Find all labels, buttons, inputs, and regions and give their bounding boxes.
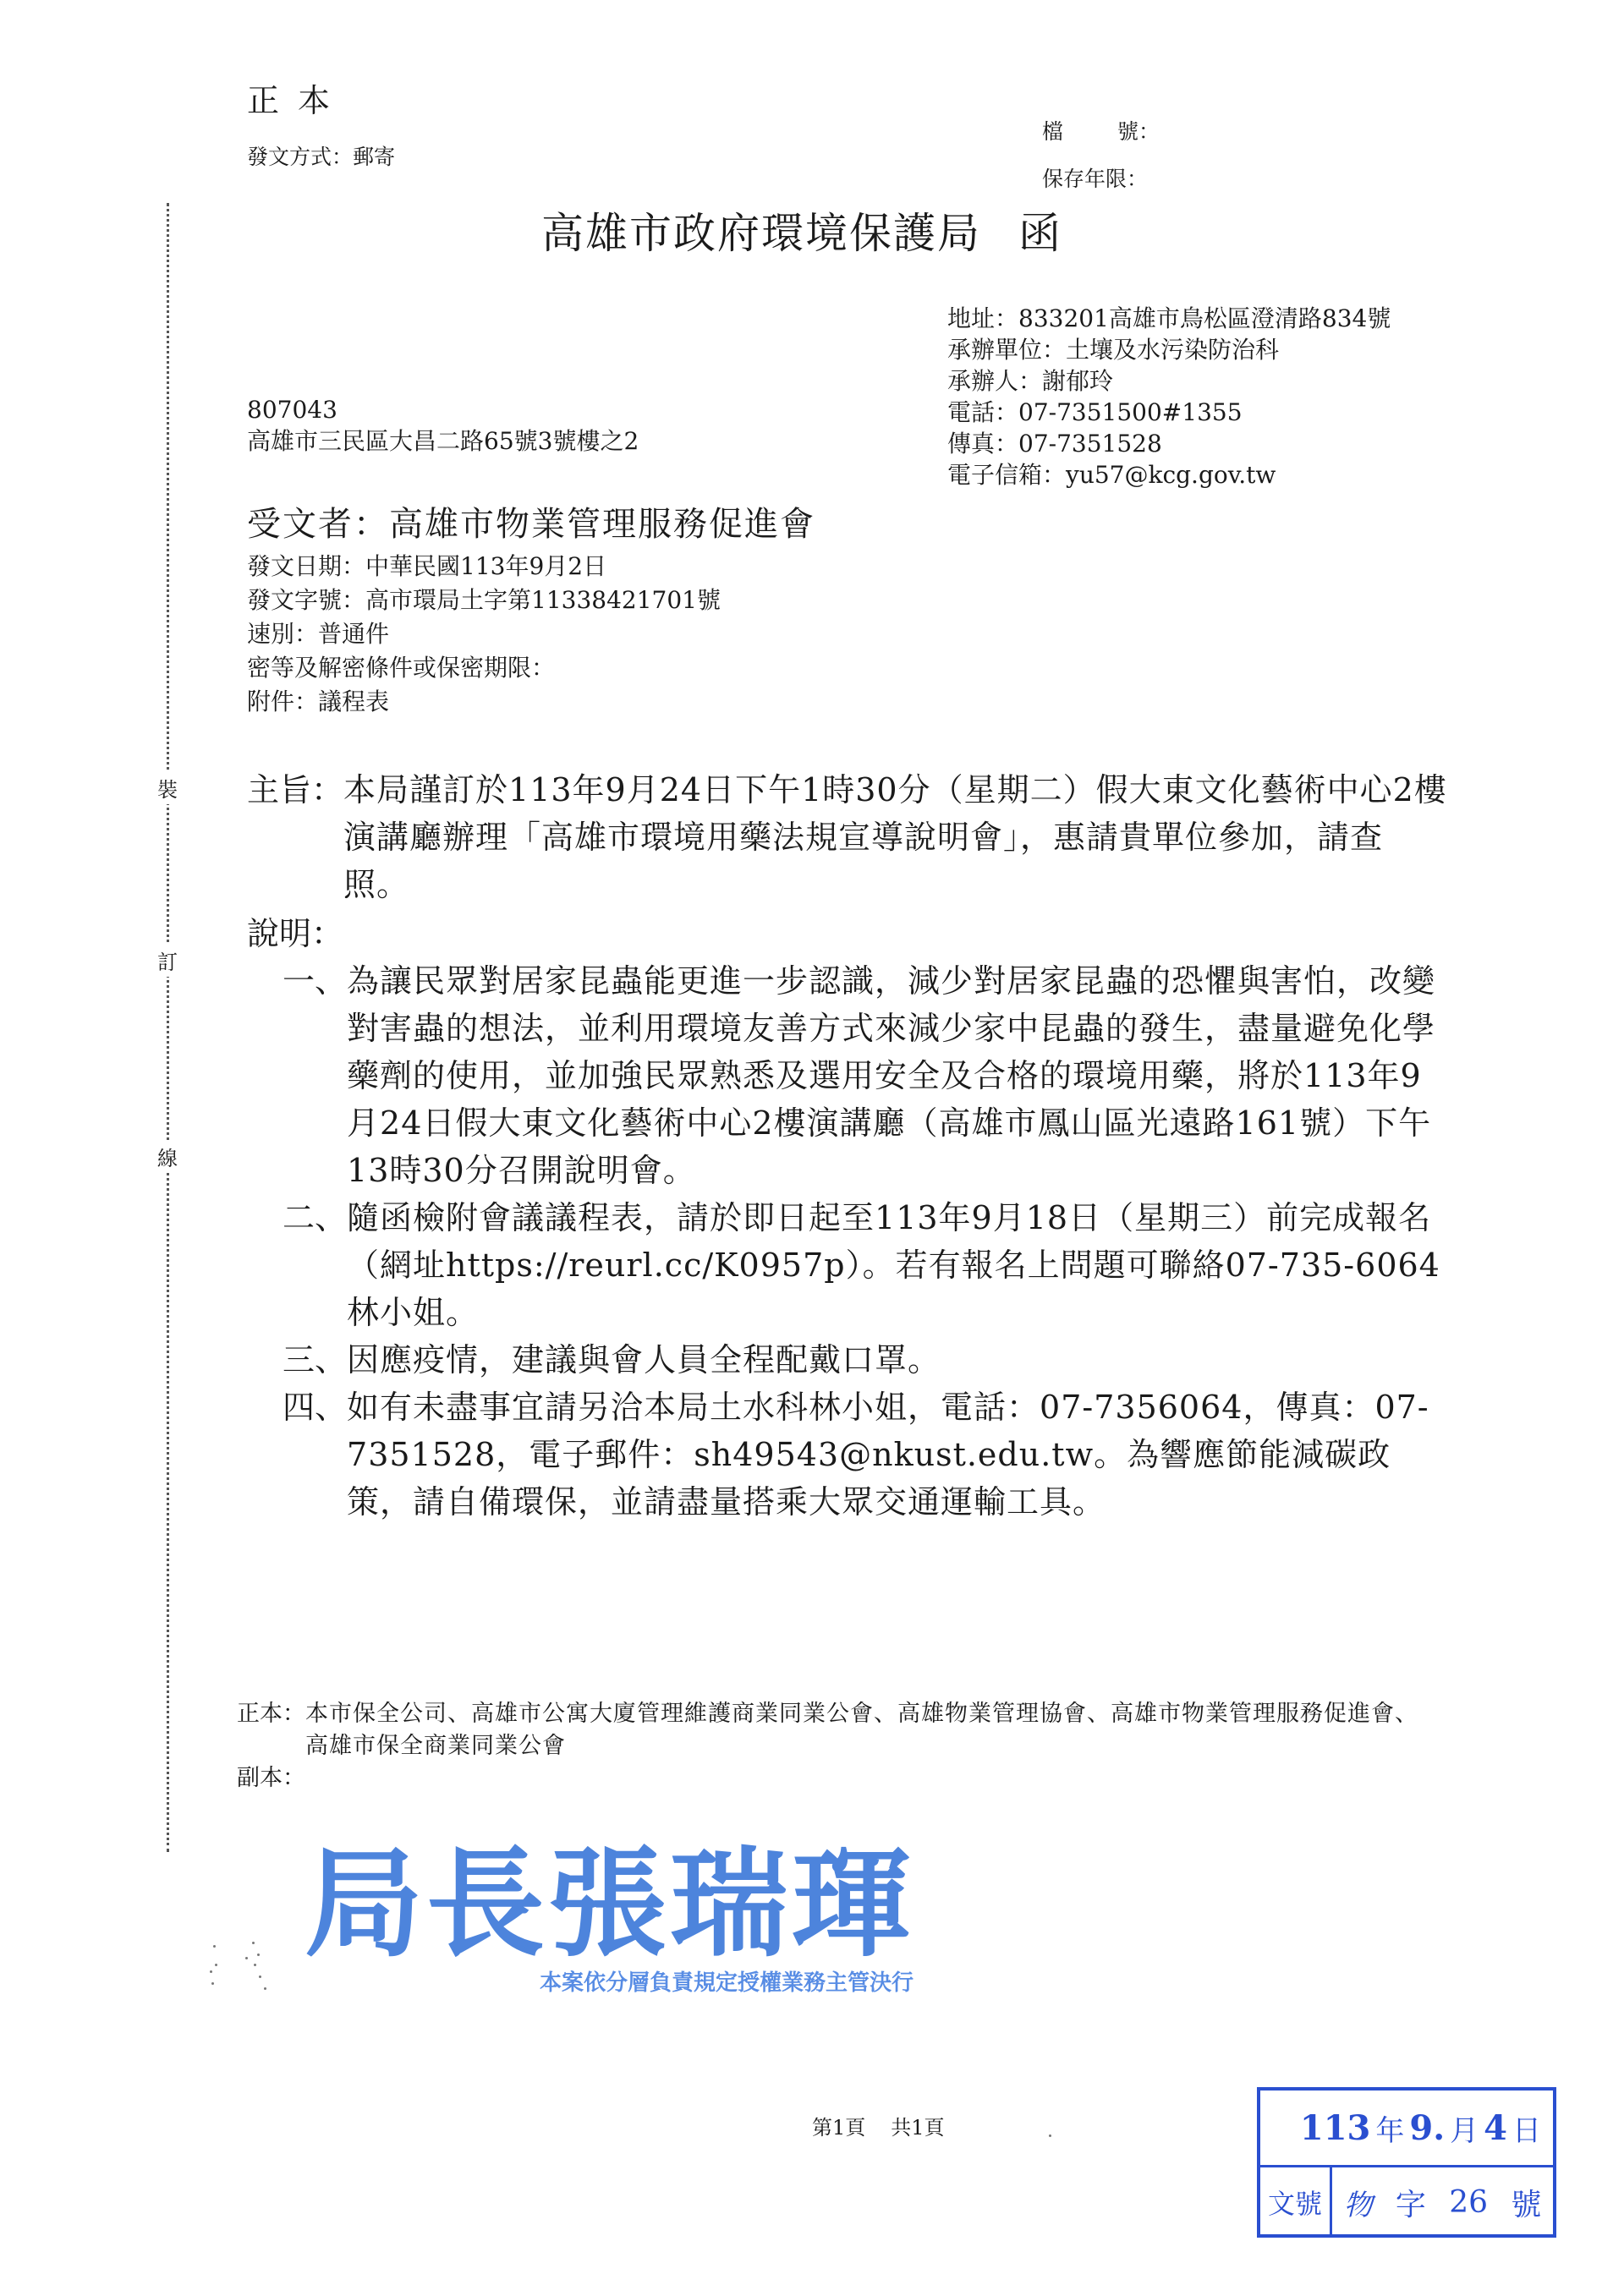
receipt-day: 4 <box>1484 2108 1507 2148</box>
director-title-name: 局長張瑞琿 <box>304 1842 913 1969</box>
binding-char-xian: 線 <box>157 1140 178 1173</box>
receipt-number-unit: 號 <box>1511 2181 1541 2224</box>
current-page: 第1頁 <box>812 2116 865 2140</box>
item-number: 三、 <box>283 1336 347 1384</box>
original-list: 本市保全公司、高雄市公寓大廈管理維護商業同業公會、高雄物業管理協會、高雄市物業管… <box>305 1698 1438 1762</box>
explanation-item: 一、 為讓民眾對居家昆蟲能更進一步認識，減少對居家昆蟲的恐懼與害怕，改變對害蟲的… <box>247 957 1448 1194</box>
sender-contact-block: 地址：833201高雄市鳥松區澄清路834號 承辦單位：土壤及水污染防治科 承辦… <box>947 303 1391 490</box>
page-number: 第1頁共1頁 <box>812 2111 945 2140</box>
receipt-month: 9. <box>1409 2108 1445 2148</box>
receipt-day-unit: 日 <box>1512 2107 1541 2149</box>
receipt-doc-no-label: 文號 <box>1260 2167 1332 2237</box>
receipt-month-unit: 月 <box>1450 2107 1479 2149</box>
recipient-mailing-address: 807043 高雄市三民區大昌二路65號3號樓之2 <box>247 394 639 457</box>
explanation-item: 三、 因應疫情，建議與會人員全程配戴口罩。 <box>247 1336 1448 1384</box>
document-title: 高雄市政府環境保護局函 <box>541 200 1062 260</box>
handler-phone: 電話：07-7351500#1355 <box>947 397 1391 428</box>
document-meta: 發文日期：中華民國113年9月2日 發文字號：高市環局土字第1133842170… <box>247 550 721 719</box>
urgency: 速別：普通件 <box>247 617 721 651</box>
item-text: 隨函檢附會議議程表，請於即日起至113年9月18日（星期三）前完成報名（網址ht… <box>347 1194 1448 1336</box>
handler-fax: 傳真：07-7351528 <box>947 428 1391 459</box>
subject-section: 主旨： 本局謹訂於113年9月24日下午1時30分（星期二）假大東文化藝術中心2… <box>247 766 1448 908</box>
original-recipients: 正本： 本市保全公司、高雄市公寓大廈管理維護商業同業公會、高雄物業管理協會、高雄… <box>237 1698 1438 1762</box>
handling-unit: 承辦單位：土壤及水污染防治科 <box>947 334 1391 365</box>
recipient-postal-code: 807043 <box>247 394 639 425</box>
item-number: 四、 <box>283 1384 347 1526</box>
director-seal-stamp: 局長張瑞琿 本案依分層負責規定授權業務主管決行 <box>304 1842 913 1997</box>
document-kind: 函 <box>1018 209 1062 258</box>
receipt-date-stamp: 113年 9.月 4日 文號 物 字 26 號 <box>1257 2087 1556 2238</box>
copy-list <box>305 1762 1438 1795</box>
receipt-year-unit: 年 <box>1375 2107 1404 2149</box>
delegation-note: 本案依分層負責規定授權業務主管決行 <box>540 1965 913 1997</box>
explanation-label: 說明： <box>247 910 1448 957</box>
copy-type-label: 正本 <box>247 74 348 121</box>
retention-period-field: 保存年限： <box>1042 162 1148 193</box>
receipt-number: 26 <box>1449 2185 1488 2220</box>
copy-recipients: 副本： <box>237 1762 1438 1795</box>
recipient-street-address: 高雄市三民區大昌二路65號3號樓之2 <box>247 425 639 457</box>
item-text: 如有未盡事宜請另洽本局土水科林小姐，電話：07-7356064，傳真：07-73… <box>347 1384 1448 1526</box>
total-pages: 共1頁 <box>891 2116 944 2140</box>
item-number: 一、 <box>283 957 347 1194</box>
attachment: 附件：議程表 <box>247 685 721 719</box>
receipt-date-row: 113年 9.月 4日 <box>1260 2091 1553 2167</box>
explanation-item: 二、 隨函檢附會議議程表，請於即日起至113年9月18日（星期三）前完成報名（網… <box>247 1194 1448 1336</box>
file-number-label-b: 號： <box>1117 119 1160 144</box>
distribution-list: 正本： 本市保全公司、高雄市公寓大廈管理維護商業同業公會、高雄物業管理協會、高雄… <box>237 1698 1438 1795</box>
recipient: 受文者：高雄市物業管理服務促進會 <box>247 497 815 545</box>
send-method: 發文方式：郵寄 <box>247 140 395 171</box>
item-text: 因應疫情，建議與會人員全程配戴口罩。 <box>347 1336 1448 1384</box>
item-text: 為讓民眾對居家昆蟲能更進一步認識，減少對居家昆蟲的恐懼與害怕，改變對害蟲的想法，… <box>347 957 1448 1194</box>
receipt-number-row: 文號 物 字 26 號 <box>1260 2167 1553 2237</box>
subject-label: 主旨： <box>247 766 343 908</box>
copy-label: 副本： <box>237 1762 305 1795</box>
subject-text: 本局謹訂於113年9月24日下午1時30分（星期二）假大東文化藝術中心2樓演講廳… <box>343 766 1448 908</box>
receipt-doc-no-value: 物 字 26 號 <box>1332 2167 1553 2237</box>
binding-dotted-line <box>167 203 169 1852</box>
item-number: 二、 <box>283 1194 347 1336</box>
binding-char-ding: 訂 <box>157 944 178 977</box>
confidentiality: 密等及解密條件或保密期限： <box>247 651 721 685</box>
document-body: 主旨： 本局謹訂於113年9月24日下午1時30分（星期二）假大東文化藝術中心2… <box>247 766 1448 1526</box>
handler-name: 承辦人：謝郁玲 <box>947 365 1391 397</box>
binding-char-zhuang: 裝 <box>157 771 178 804</box>
receipt-char-unit: 字 <box>1396 2181 1426 2224</box>
issue-date: 發文日期：中華民國113年9月2日 <box>247 550 721 584</box>
file-number-field: 檔號： <box>1042 115 1160 145</box>
original-label: 正本： <box>237 1698 305 1762</box>
receipt-year: 113 <box>1300 2108 1371 2148</box>
document-number: 發文字號：高市環局土字第11338421701號 <box>247 584 721 617</box>
agency-name: 高雄市政府環境保護局 <box>541 209 981 258</box>
file-number-label-a: 檔 <box>1042 119 1063 144</box>
explanation-item: 四、 如有未盡事宜請另洽本局土水科林小姐，電話：07-7356064，傳真：07… <box>247 1384 1448 1526</box>
sender-address: 地址：833201高雄市鳥松區澄清路834號 <box>947 303 1391 334</box>
handwritten-char: 物 <box>1344 2182 1373 2223</box>
handler-email: 電子信箱：yu57@kcg.gov.tw <box>947 459 1391 490</box>
